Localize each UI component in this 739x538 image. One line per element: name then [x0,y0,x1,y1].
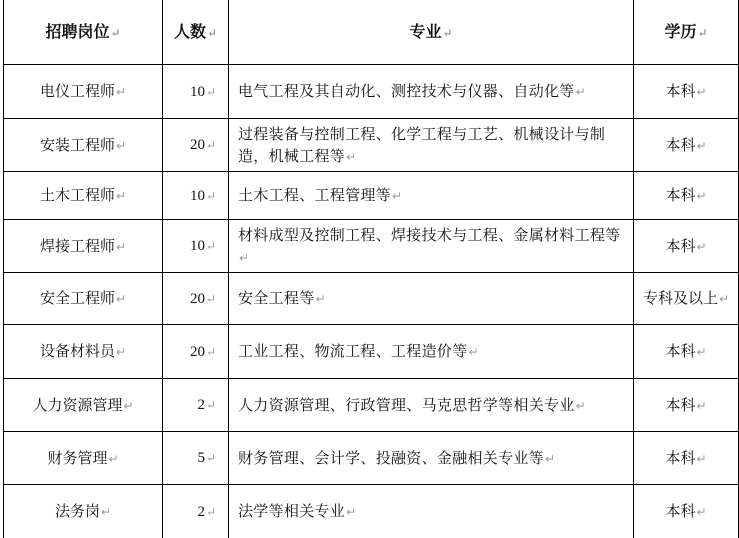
cell-position: 安装工程师↵ [4,119,163,172]
return-mark-icon: ↵ [545,452,555,466]
return-mark-icon: ↵ [696,189,706,203]
cell-position: 设备材料员↵ [4,325,163,379]
return-mark-icon: ↵ [576,85,586,99]
cell-count: 20↵ [163,273,229,325]
return-mark-icon: ↵ [206,85,216,99]
cell-education: 专科及以上↵ [634,273,739,325]
cell-count: 2↵ [163,485,229,538]
cell-education: 本科↵ [634,65,739,119]
return-mark-icon: ↵ [108,452,118,466]
return-mark-icon: ↵ [206,292,216,306]
table-row: 法务岗↵ 2↵ 法学等相关专业↵ 本科↵ [4,485,739,538]
return-mark-icon: ↵ [116,292,126,306]
cell-count-text: 10 [190,188,205,204]
cell-position: 安全工程师↵ [4,273,163,325]
header-major: 专业↵ [229,0,634,65]
cell-major-text: 过程装备与控制工程、化学工程与工艺、机械设计与制造，机械工程等 [238,125,605,165]
cell-education: 本科↵ [634,220,739,273]
cell-education: 本科↵ [634,432,739,485]
cell-major: 法学等相关专业↵ [229,485,634,538]
cell-major-text: 财务管理、会计学、投融资、金融相关专业等 [238,449,544,467]
cell-count-text: 2 [197,397,205,413]
return-mark-icon: ↵ [116,139,126,153]
cell-major: 安全工程等↵ [229,273,634,325]
return-mark-icon: ↵ [101,505,111,519]
cell-count-text: 5 [197,450,205,466]
return-mark-icon: ↵ [116,240,126,254]
return-mark-icon: ↵ [316,292,326,306]
return-mark-icon: ↵ [206,451,216,465]
return-mark-icon: ↵ [206,505,216,519]
return-mark-icon: ↵ [696,240,706,254]
cell-count-text: 20 [190,137,205,153]
return-mark-icon: ↵ [206,398,216,412]
cell-count: 10↵ [163,65,229,119]
cell-position: 财务管理↵ [4,432,163,485]
table-row: 安装工程师↵ 20↵ 过程装备与控制工程、化学工程与工艺、机械设计与制造，机械工… [4,119,739,172]
cell-count-text: 20 [190,291,205,307]
cell-education: 本科↵ [634,379,739,432]
cell-position-text: 人力资源管理 [32,396,122,414]
cell-count-text: 20 [190,344,205,360]
cell-count: 5↵ [163,432,229,485]
return-mark-icon: ↵ [346,150,356,164]
cell-count-text: 10 [190,84,205,100]
cell-education-text: 专科及以上 [643,289,718,307]
cell-position: 土木工程师↵ [4,172,163,220]
table-row: 电仪工程师↵ 10↵ 电气工程及其自动化、测控技术与仪器、自动化等↵ 本科↵ [4,65,739,119]
table-row: 设备材料员↵ 20↵ 工业工程、物流工程、工程造价等↵ 本科↵ [4,325,739,379]
cell-education-text: 本科 [665,237,695,255]
table-row: 人力资源管理↵ 2↵ 人力资源管理、行政管理、马克思哲学等相关专业↵ 本科↵ [4,379,739,432]
return-mark-icon: ↵ [697,26,707,40]
header-education: 学历↵ [634,0,739,65]
cell-position-text: 安装工程师 [40,136,115,154]
cell-education-text: 本科 [665,502,695,520]
return-mark-icon: ↵ [719,292,729,306]
return-mark-icon: ↵ [696,345,706,359]
cell-count: 20↵ [163,325,229,379]
cell-position: 人力资源管理↵ [4,379,163,432]
cell-position-text: 土木工程师 [40,186,115,204]
cell-major-text: 土木工程、工程管理等 [238,186,391,204]
cell-major: 土木工程、工程管理等↵ [229,172,634,220]
cell-education-text: 本科 [665,136,695,154]
cell-position-text: 财务管理 [47,449,107,467]
header-count: 人数↵ [163,0,229,65]
cell-major-text: 电气工程及其自动化、测控技术与仪器、自动化等 [238,82,575,100]
header-row: 招聘岗位↵ 人数↵ 专业↵ 学历↵ [4,0,739,65]
cell-position-text: 设备材料员 [40,342,115,360]
cell-education-text: 本科 [665,396,695,414]
table-row: 土木工程师↵ 10↵ 土木工程、工程管理等↵ 本科↵ [4,172,739,220]
return-mark-icon: ↵ [206,239,216,253]
table-row: 安全工程师↵ 20↵ 安全工程等↵ 专科及以上↵ [4,273,739,325]
cell-education-text: 本科 [665,82,695,100]
cell-major: 过程装备与控制工程、化学工程与工艺、机械设计与制造，机械工程等↵ [229,119,634,172]
cell-count: 10↵ [163,220,229,273]
cell-major: 电气工程及其自动化、测控技术与仪器、自动化等↵ [229,65,634,119]
return-mark-icon: ↵ [207,26,217,40]
recruitment-table: 招聘岗位↵ 人数↵ 专业↵ 学历↵ 电仪工程师↵ 10↵ 电气工程及其自动化、测… [3,0,739,538]
cell-count: 10↵ [163,172,229,220]
cell-position-text: 电仪工程师 [40,82,115,100]
cell-education-text: 本科 [665,449,695,467]
header-position: 招聘岗位↵ [4,0,163,65]
cell-major-text: 材料成型及控制工程、焊接技术与工程、金属材料工程等 [238,226,621,244]
cell-major-text: 安全工程等 [238,289,315,307]
return-mark-icon: ↵ [239,251,249,265]
cell-education: 本科↵ [634,325,739,379]
cell-position: 焊接工程师↵ [4,220,163,273]
return-mark-icon: ↵ [696,399,706,413]
cell-education-text: 本科 [665,342,695,360]
cell-count: 2↵ [163,379,229,432]
cell-position: 法务岗↵ [4,485,163,538]
return-mark-icon: ↵ [116,85,126,99]
cell-major-text: 工业工程、物流工程、工程造价等 [238,342,468,360]
return-mark-icon: ↵ [110,26,120,40]
cell-major: 工业工程、物流工程、工程造价等↵ [229,325,634,379]
cell-count-text: 10 [190,238,205,254]
cell-major: 人力资源管理、行政管理、马克思哲学等相关专业↵ [229,379,634,432]
table-row: 财务管理↵ 5↵ 财务管理、会计学、投融资、金融相关专业等↵ 本科↵ [4,432,739,485]
return-mark-icon: ↵ [206,345,216,359]
cell-major-text: 法学等相关专业 [238,502,345,520]
cell-major: 材料成型及控制工程、焊接技术与工程、金属材料工程等↵ [229,220,634,273]
return-mark-icon: ↵ [696,452,706,466]
return-mark-icon: ↵ [206,189,216,203]
cell-major: 财务管理、会计学、投融资、金融相关专业等↵ [229,432,634,485]
cell-position-text: 安全工程师 [40,289,115,307]
return-mark-icon: ↵ [206,138,216,152]
cell-education: 本科↵ [634,485,739,538]
cell-education-text: 本科 [665,186,695,204]
return-mark-icon: ↵ [442,26,452,40]
cell-position-text: 焊接工程师 [40,237,115,255]
cell-position-text: 法务岗 [55,502,100,520]
return-mark-icon: ↵ [392,189,402,203]
return-mark-icon: ↵ [696,85,706,99]
cell-education: 本科↵ [634,119,739,172]
cell-education: 本科↵ [634,172,739,220]
return-mark-icon: ↵ [116,189,126,203]
return-mark-icon: ↵ [696,139,706,153]
cell-count: 20↵ [163,119,229,172]
return-mark-icon: ↵ [469,345,479,359]
table-row: 焊接工程师↵ 10↵ 材料成型及控制工程、焊接技术与工程、金属材料工程等↵ 本科… [4,220,739,273]
return-mark-icon: ↵ [696,505,706,519]
return-mark-icon: ↵ [576,399,586,413]
cell-position: 电仪工程师↵ [4,65,163,119]
return-mark-icon: ↵ [116,345,126,359]
return-mark-icon: ↵ [123,399,133,413]
return-mark-icon: ↵ [346,505,356,519]
cell-major-text: 人力资源管理、行政管理、马克思哲学等相关专业 [238,396,575,414]
cell-count-text: 2 [197,504,205,520]
